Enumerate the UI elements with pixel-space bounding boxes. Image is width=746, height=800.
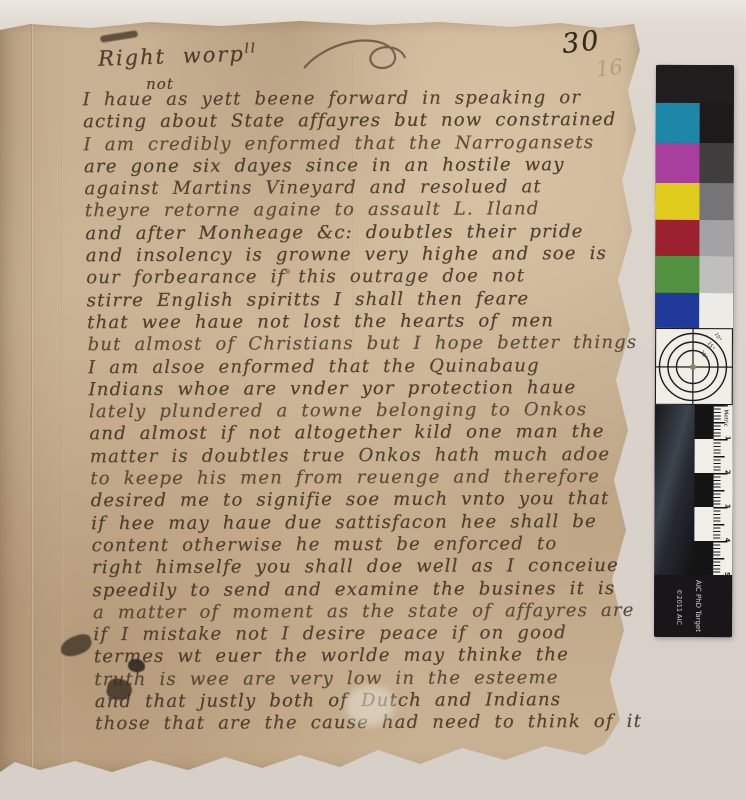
color-patch-row	[656, 143, 734, 183]
gloss-black-strip	[654, 405, 695, 575]
manuscript-line: I am alsoe enformed that the Quinabaug	[88, 354, 641, 379]
color-patch-grid	[655, 65, 734, 328]
manuscript-line: termes wt euer the worlde may thinke the	[94, 644, 642, 669]
manuscript-line: and insolency is growne very highe and s…	[86, 243, 640, 268]
color-patch-row	[656, 65, 734, 103]
color-patch	[655, 293, 699, 328]
manuscript-line: that wee haue not lost the hearts of men	[87, 310, 640, 335]
manuscript-line: and after Monheage &c: doubtles their pr…	[85, 221, 640, 246]
color-calibration-target: 10°15°25° Metric 12345 AIC PhD Target ©2…	[654, 65, 734, 637]
manuscript-line: and almost if not altogether kild one ma…	[89, 421, 640, 446]
ruler-number: 2	[724, 468, 732, 476]
color-patch	[656, 103, 700, 143]
manuscript-heading: Right worpll	[98, 41, 258, 71]
manuscript-line: against Martins Vineyard and resolued at	[84, 176, 639, 201]
color-patch-row	[655, 256, 733, 293]
manuscript-lines: I haue as yett beene forward in speaking…	[83, 87, 642, 736]
manuscript-line: acting about State affayres but now cons…	[83, 109, 639, 134]
color-patch-row	[655, 220, 733, 256]
ruler-scale: Metric 12345	[713, 405, 733, 575]
color-patch	[699, 293, 733, 328]
heading-superscript: ll	[244, 41, 257, 56]
registration-target: 10°15°25°	[655, 328, 733, 405]
foxing-spot	[285, 269, 290, 274]
color-patch	[655, 256, 699, 293]
manuscript-line: a matter of moment as the state of affay…	[93, 600, 642, 625]
ruler-metric-label: Metric	[722, 410, 728, 427]
pen-flourish-icon	[300, 34, 410, 80]
manuscript-line: theyre retorne againe to assault L. Ilan…	[85, 198, 640, 223]
manuscript-line: I am credibly enformed that the Narrogan…	[83, 131, 639, 156]
manuscript-line: stirre English spiritts I shall then fea…	[87, 287, 641, 312]
manuscript-line: right himselfe you shall doe well as I c…	[92, 555, 641, 580]
color-patch-row	[655, 183, 733, 220]
manuscript-line: desired me to signifie soe much vnto you…	[91, 488, 641, 513]
manuscript-line: Indians whoe are vnder yor protection ha…	[88, 377, 640, 402]
color-patch	[700, 65, 734, 103]
manuscript-line: to keepe his men from reuenge and theref…	[90, 466, 641, 491]
color-patch	[656, 143, 700, 183]
ruler-number: 1	[724, 434, 732, 442]
page-number: 30	[560, 25, 601, 60]
color-patch	[656, 65, 700, 103]
manuscript-line: our forbearance if this outrage doe not	[86, 265, 640, 290]
faint-page-number: 16	[595, 55, 624, 82]
color-patch	[699, 256, 733, 293]
color-patch	[700, 143, 734, 183]
target-copyright: ©2011 AIC	[675, 586, 683, 628]
color-patch	[700, 103, 734, 143]
fold-crease	[31, 20, 34, 775]
manuscript-line: content otherwise he must be enforced to	[92, 533, 642, 558]
color-patch	[655, 183, 699, 220]
manuscript-line: lately plundered a towne belonging to On…	[89, 399, 641, 424]
color-patch	[655, 220, 699, 256]
manuscript-line: matter is doubtles true Onkos hath much …	[90, 444, 641, 469]
ruler-checker-column	[694, 405, 714, 575]
manuscript-line: I haue as yett beene forward in speaking…	[83, 87, 640, 112]
manuscript-line: are gone six dayes since in an hostile w…	[84, 154, 640, 179]
photo-background: Right worpll not I haue as yett beene fo…	[0, 0, 746, 800]
target-footer: AIC PhD Target ©2011 AIC	[654, 575, 732, 637]
manuscript-line: if hee may haue due sattisfacon hee shal…	[91, 510, 641, 535]
color-patch-row	[656, 103, 734, 143]
color-patch	[699, 183, 733, 220]
ruler-number: 4	[723, 536, 731, 544]
ink-blot	[128, 659, 145, 672]
ruler-section: Metric 12345	[654, 405, 733, 575]
fold-crease	[61, 20, 64, 775]
manuscript-line: but almost of Christians but I hope bett…	[88, 332, 641, 357]
target-title: AIC PhD Target	[694, 578, 702, 634]
manuscript-text: Right worpll not I haue as yett beene fo…	[84, 42, 629, 752]
manuscript-line: speedily to send and examine the busines…	[92, 577, 641, 602]
ruler-number: 3	[723, 502, 731, 510]
color-patch-row	[655, 293, 733, 328]
manuscript-line: if I mistake not I desire peace if on go…	[93, 622, 641, 647]
color-patch	[699, 220, 733, 256]
